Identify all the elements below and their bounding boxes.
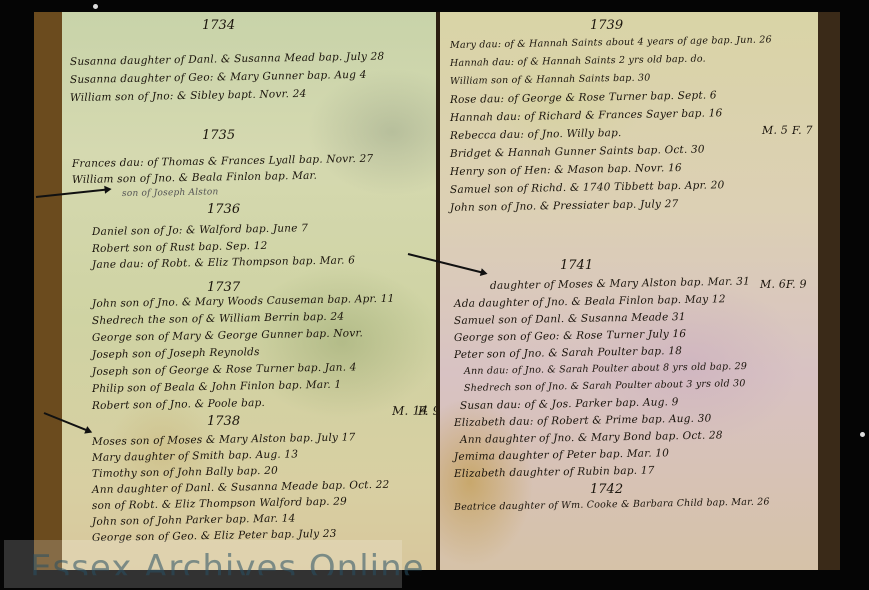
- register-entry: Bridget & Hannah Gunner Saints bap. Oct.…: [450, 144, 705, 160]
- register-entry: Henry son of Hen: & Mason bap. Novr. 16: [450, 162, 682, 178]
- register-entry: Rose dau: of George & Rose Turner bap. S…: [450, 89, 717, 106]
- register-entry: Peter son of Jno. & Sarah Poulter bap. 1…: [454, 345, 682, 361]
- year-heading: 1736: [207, 202, 240, 217]
- register-entry: Moses son of Moses & Mary Alston bap. Ju…: [92, 431, 356, 448]
- register-entry: Samuel son of Richd. & 1740 Tibbett bap.…: [450, 179, 725, 196]
- margin-note: M. 6: [760, 278, 786, 291]
- register-entry: Ann dau: of Jno. & Sarah Poulter about 8…: [464, 361, 747, 377]
- margin-note: F. 7: [792, 124, 813, 137]
- register-entry: Hannah dau: of Richard & Frances Sayer b…: [450, 107, 723, 124]
- register-entry: Jane dau: of Robt. & Eliz Thompson bap. …: [92, 254, 355, 271]
- register-entry: Mary dau: of & Hannah Saints about 4 yea…: [450, 34, 772, 51]
- register-entry: Shedrech son of Jno. & Sarah Poulter abo…: [464, 378, 746, 394]
- margin-note: F. 9: [786, 278, 807, 291]
- register-entry: Shedrech the son of & William Berrin bap…: [92, 311, 344, 327]
- register-entry: Joseph son of Joseph Reynolds: [92, 346, 260, 361]
- register-entry: William son of & Hannah Saints bap. 30: [450, 73, 651, 87]
- register-entry: George son of Mary & George Gunner bap. …: [92, 327, 363, 344]
- margin-note: F. 9: [418, 404, 438, 418]
- register-entry: Timothy son of John Bally bap. 20: [92, 465, 278, 480]
- register-entry: Beatrice daughter of Wm. Cooke & Barbara…: [454, 496, 770, 513]
- margin-note: M. 5: [762, 124, 788, 137]
- register-entry: John son of John Parker bap. Mar. 14: [92, 512, 296, 528]
- register-entry: Daniel son of Jo: & Walford bap. June 7: [92, 222, 308, 238]
- register-entry: son of Robt. & Eliz Thompson Walford bap…: [92, 496, 347, 512]
- register-entry: Elizabeth dau: of Robert & Prime bap. Au…: [454, 413, 712, 429]
- register-entry: Susan dau: of & Jos. Parker bap. Aug. 9: [460, 396, 679, 412]
- register-entry: William son of Jno. & Beala Finlon bap. …: [72, 170, 317, 186]
- register-entry: John son of Jno. & Mary Woods Causeman b…: [92, 293, 395, 310]
- year-heading: 1734: [202, 18, 235, 33]
- register-entry: Ada daughter of Jno. & Beala Finlon bap.…: [454, 293, 726, 310]
- register-entry: Joseph son of George & Rose Turner bap. …: [92, 361, 357, 378]
- register-book: 1734 Susanna daughter of Danl. & Susanna…: [34, 12, 840, 570]
- register-entry: daughter of Moses & Mary Alston bap. Mar…: [490, 275, 750, 292]
- year-heading: 1742: [590, 482, 623, 497]
- light-reflection: [93, 4, 98, 9]
- register-entry: Rebecca dau: of Jno. Willy bap.: [450, 127, 622, 142]
- year-heading: 1738: [207, 414, 240, 429]
- register-entry: Jemima daughter of Peter bap. Mar. 10: [454, 447, 669, 463]
- register-entry: Samuel son of Danl. & Susanna Meade 31: [454, 311, 686, 327]
- register-entry: Susanna daughter of Geo: & Mary Gunner b…: [70, 69, 367, 86]
- register-entry: John son of Jno. & Pressiater bap. July …: [450, 198, 679, 214]
- year-heading: 1741: [560, 258, 593, 273]
- light-reflection: [860, 432, 865, 437]
- register-entry: Ann daughter of Jno. & Mary Bond bap. Oc…: [460, 429, 723, 446]
- register-entry: Mary daughter of Smith bap. Aug. 13: [92, 448, 298, 464]
- left-page: 1734 Susanna daughter of Danl. & Susanna…: [34, 12, 438, 570]
- register-entry: Frances dau: of Thomas & Frances Lyall b…: [72, 153, 374, 170]
- register-entry: Robert son of Jno. & Poole bap.: [92, 397, 265, 412]
- register-entry: Ann daughter of Danl. & Susanna Meade ba…: [92, 479, 390, 496]
- register-entry: Elizabeth daughter of Rubin bap. 17: [454, 465, 655, 480]
- year-heading: 1735: [202, 128, 235, 143]
- year-heading: 1737: [207, 280, 240, 295]
- register-entry: Robert son of Rust bap. Sep. 12: [92, 240, 268, 255]
- year-heading: 1739: [590, 18, 623, 33]
- register-entry: Hannah dau: of & Hannah Saints 2 yrs old…: [450, 54, 706, 69]
- register-entry: son of Joseph Alston: [122, 187, 219, 199]
- right-page: 1739 Mary dau: of & Hannah Saints about …: [440, 12, 840, 570]
- register-entry: Philip son of Beala & John Finlon bap. M…: [92, 379, 342, 395]
- register-entry: William son of Jno: & Sibley bapt. Novr.…: [70, 88, 307, 104]
- register-entry: Susanna daughter of Danl. & Susanna Mead…: [70, 51, 385, 68]
- register-entry: George son of Geo: & Rose Turner July 16: [454, 328, 686, 344]
